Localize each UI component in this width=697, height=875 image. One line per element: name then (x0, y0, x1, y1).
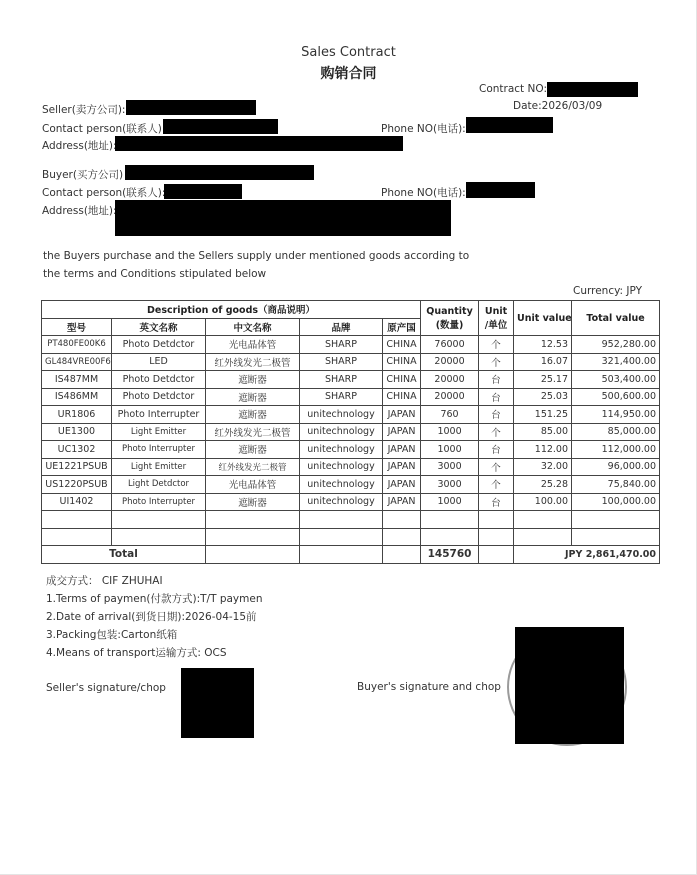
empty-cell (572, 528, 660, 546)
unit-cell: 台 (479, 371, 514, 389)
redacted-buyer-signature (515, 627, 624, 744)
title-chinese: 购销合同 (0, 63, 697, 83)
contract-no-label: Contract NO: (479, 83, 547, 95)
empty-cell (112, 511, 206, 529)
total-value-header: Total value (572, 301, 660, 336)
brand-cell: unitechnology (300, 406, 383, 424)
arrival-date: 2.Date of arrival(到货日期):2026-04-15前 (46, 609, 257, 624)
empty-cell (383, 511, 421, 529)
quantity-cell: 3000 (421, 458, 479, 476)
empty-cell (206, 528, 300, 546)
table-row: PT480FE00K6Photo Detdctor光电晶体管SHARPCHINA… (42, 336, 660, 354)
redacted-seller-phone (466, 117, 553, 133)
table-row: IS486MMPhoto Detdctor遮断器SHARPCHINA20000台… (42, 388, 660, 406)
redacted-buyer-company (125, 165, 314, 180)
empty-table-row (42, 511, 660, 529)
origin-cell: JAPAN (383, 441, 421, 459)
name-cn-cell: 遮断器 (206, 406, 300, 424)
empty-table-row (42, 528, 660, 546)
seller-phone-label: Phone NO(电话): (381, 121, 466, 136)
name-cn-cell: 红外线发光二极管 (206, 458, 300, 476)
unit-header-cn: /单位 (482, 317, 510, 331)
total-value-cell: 503,400.00 (572, 371, 660, 389)
empty-cell (300, 511, 383, 529)
total-value-cell: 500,600.00 (572, 388, 660, 406)
name-en-cell: Light Emitter (112, 458, 206, 476)
goods-table: Description of goods（商品说明） Quantity (数量)… (41, 300, 660, 564)
quantity-header: Quantity (数量) (421, 301, 479, 336)
table-row: UE1300Light Emitter红外线发光二极管unitechnology… (42, 423, 660, 441)
total-value-cell: 100,000.00 (572, 493, 660, 511)
name-cn-cell: 光电晶体管 (206, 476, 300, 494)
quantity-cell: 3000 (421, 476, 479, 494)
empty-cell (112, 528, 206, 546)
unit-cell: 个 (479, 336, 514, 354)
name-en-cell: Photo Detdctor (112, 371, 206, 389)
model-cell: US1220PSUB (42, 476, 112, 494)
name-cn-cell: 遮断器 (206, 493, 300, 511)
empty-cell (42, 528, 112, 546)
empty-cell (421, 528, 479, 546)
empty-cell (479, 511, 514, 529)
transport: 4.Means of transport运输方式: OCS (46, 645, 227, 660)
origin-cell: CHINA (383, 336, 421, 354)
unit-header-en: Unit (482, 306, 510, 317)
total-value-cell: 96,000.00 (572, 458, 660, 476)
origin-cell: JAPAN (383, 458, 421, 476)
origin-cell: JAPAN (383, 406, 421, 424)
unit-cell: 台 (479, 388, 514, 406)
model-cell: IS487MM (42, 371, 112, 389)
redacted-buyer-contact (164, 184, 242, 199)
unit-value-cell: 16.07 (514, 353, 572, 371)
unit-value-cell: 100.00 (514, 493, 572, 511)
contract-page: Sales Contract 购销合同 Contract NO: Date:20… (0, 0, 697, 875)
name-en-cell: Photo Detdctor (112, 388, 206, 406)
total-empty-cell (479, 546, 514, 564)
total-value-cell: 114,950.00 (572, 406, 660, 424)
origin-cell: JAPAN (383, 493, 421, 511)
redacted-seller-contact (163, 119, 278, 134)
unit-value-header: Unit value (514, 301, 572, 336)
empty-cell (383, 528, 421, 546)
name-en-cell: Light Detdctor (112, 476, 206, 494)
unit-value-cell: 25.03 (514, 388, 572, 406)
redacted-buyer-address (115, 200, 451, 236)
name-en-cell: Photo Interrupter (112, 441, 206, 459)
origin-cell: CHINA (383, 371, 421, 389)
quantity-cell: 760 (421, 406, 479, 424)
model-cell: UR1806 (42, 406, 112, 424)
unit-cell: 台 (479, 493, 514, 511)
origin-header: 原产国 (383, 318, 421, 336)
redacted-seller-signature (181, 668, 254, 738)
quantity-cell: 1000 (421, 493, 479, 511)
quantity-cell: 20000 (421, 353, 479, 371)
brand-cell: unitechnology (300, 441, 383, 459)
intro-line-2: the terms and Conditions stipulated belo… (43, 268, 266, 280)
total-value-cell: 952,280.00 (572, 336, 660, 354)
goods-table-body: PT480FE00K6Photo Detdctor光电晶体管SHARPCHINA… (42, 336, 660, 546)
title-english: Sales Contract (0, 45, 697, 60)
unit-cell: 台 (479, 441, 514, 459)
currency-label: Currency: JPY (573, 285, 642, 297)
trade-terms: 成交方式： CIF ZHUHAI (46, 573, 163, 588)
model-cell: UE1300 (42, 423, 112, 441)
intro-line-1: the Buyers purchase and the Sellers supp… (43, 250, 469, 262)
quantity-cell: 1000 (421, 441, 479, 459)
empty-cell (42, 511, 112, 529)
seller-company-label: Seller(卖方公司): (42, 102, 125, 117)
total-value: JPY 2,861,470.00 (514, 546, 660, 564)
quantity-header-cn: (数量) (424, 317, 475, 331)
total-empty-cell (383, 546, 421, 564)
total-value-cell: 321,400.00 (572, 353, 660, 371)
name-cn-cell: 红外线发光二极管 (206, 423, 300, 441)
seller-address-label: Address(地址): (42, 138, 117, 153)
unit-value-cell: 85.00 (514, 423, 572, 441)
name-en-cell: Photo Interrupter (112, 406, 206, 424)
model-cell: UI1402 (42, 493, 112, 511)
seller-signature-label: Seller's signature/chop (46, 682, 166, 694)
name-cn-cell: 遮断器 (206, 388, 300, 406)
brand-cell: unitechnology (300, 458, 383, 476)
total-label: Total (42, 546, 206, 564)
name-en-cell: Photo Interrupter (112, 493, 206, 511)
quantity-cell: 1000 (421, 423, 479, 441)
unit-cell: 个 (479, 353, 514, 371)
brand-cell: SHARP (300, 388, 383, 406)
total-quantity: 145760 (421, 546, 479, 564)
total-empty-cell (206, 546, 300, 564)
packing: 3.Packing包装:Carton纸箱 (46, 627, 177, 642)
total-empty-cell (300, 546, 383, 564)
buyer-phone-label: Phone NO(电话): (381, 185, 466, 200)
unit-value-cell: 32.00 (514, 458, 572, 476)
name-en-cell: Photo Detdctor (112, 336, 206, 354)
empty-cell (421, 511, 479, 529)
table-row: GL484VRE00F6LED红外线发光二极管SHARPCHINA20000个1… (42, 353, 660, 371)
table-row: IS487MMPhoto Detdctor遮断器SHARPCHINA20000台… (42, 371, 660, 389)
name-cn-header: 中文名称 (206, 318, 300, 336)
buyer-address-label: Address(地址): (42, 203, 117, 218)
unit-header: Unit /单位 (479, 301, 514, 336)
name-en-header: 英文名称 (112, 318, 206, 336)
empty-cell (514, 528, 572, 546)
unit-cell: 个 (479, 476, 514, 494)
unit-cell: 台 (479, 406, 514, 424)
brand-header: 品牌 (300, 318, 383, 336)
unit-value-cell: 25.28 (514, 476, 572, 494)
payment-terms: 1.Terms of paymen(付款方式):T/T paymen (46, 591, 262, 606)
total-value-cell: 85,000.00 (572, 423, 660, 441)
quantity-cell: 76000 (421, 336, 479, 354)
name-en-cell: LED (112, 353, 206, 371)
total-value-cell: 112,000.00 (572, 441, 660, 459)
unit-value-cell: 112.00 (514, 441, 572, 459)
brand-cell: unitechnology (300, 423, 383, 441)
redacted-buyer-phone (466, 182, 535, 198)
model-cell: IS486MM (42, 388, 112, 406)
origin-cell: JAPAN (383, 423, 421, 441)
redacted-seller-address (115, 136, 403, 151)
empty-cell (479, 528, 514, 546)
unit-value-cell: 151.25 (514, 406, 572, 424)
description-group-header: Description of goods（商品说明） (42, 301, 421, 319)
redacted-contract-no (547, 82, 638, 97)
buyer-company-label: Buyer(买方公司) (42, 167, 123, 182)
empty-cell (206, 511, 300, 529)
table-row: UC1302Photo Interrupter遮断器unitechnologyJ… (42, 441, 660, 459)
name-cn-cell: 光电晶体管 (206, 336, 300, 354)
quantity-cell: 20000 (421, 388, 479, 406)
origin-cell: JAPAN (383, 476, 421, 494)
unit-value-cell: 12.53 (514, 336, 572, 354)
unit-cell: 个 (479, 458, 514, 476)
buyer-contact-label: Contact person(联系人): (42, 185, 165, 200)
unit-value-cell: 25.17 (514, 371, 572, 389)
redacted-seller-company (126, 100, 256, 115)
brand-cell: SHARP (300, 336, 383, 354)
unit-cell: 个 (479, 423, 514, 441)
table-row: US1220PSUBLight Detdctor光电晶体管unitechnolo… (42, 476, 660, 494)
model-header: 型号 (42, 318, 112, 336)
name-en-cell: Light Emitter (112, 423, 206, 441)
date-label: Date:2026/03/09 (513, 100, 602, 112)
model-cell: UC1302 (42, 441, 112, 459)
empty-cell (300, 528, 383, 546)
name-cn-cell: 遮断器 (206, 441, 300, 459)
quantity-header-en: Quantity (424, 306, 475, 317)
quantity-cell: 20000 (421, 371, 479, 389)
brand-cell: SHARP (300, 353, 383, 371)
total-value-cell: 75,840.00 (572, 476, 660, 494)
brand-cell: SHARP (300, 371, 383, 389)
buyer-signature-label: Buyer's signature and chop (357, 681, 501, 693)
model-cell: PT480FE00K6 (42, 336, 112, 354)
origin-cell: CHINA (383, 353, 421, 371)
model-cell: GL484VRE00F6 (42, 353, 112, 371)
total-row: Total 145760 JPY 2,861,470.00 (42, 546, 660, 564)
table-row: UE1221PSUBLight Emitter红外线发光二极管unitechno… (42, 458, 660, 476)
model-cell: UE1221PSUB (42, 458, 112, 476)
table-row: UR1806Photo Interrupter遮断器unitechnologyJ… (42, 406, 660, 424)
name-cn-cell: 红外线发光二极管 (206, 353, 300, 371)
name-cn-cell: 遮断器 (206, 371, 300, 389)
empty-cell (572, 511, 660, 529)
seller-contact-label: Contact person(联系人): (42, 121, 165, 136)
origin-cell: CHINA (383, 388, 421, 406)
empty-cell (514, 511, 572, 529)
table-row: UI1402Photo Interrupter遮断器unitechnologyJ… (42, 493, 660, 511)
brand-cell: unitechnology (300, 493, 383, 511)
brand-cell: unitechnology (300, 476, 383, 494)
